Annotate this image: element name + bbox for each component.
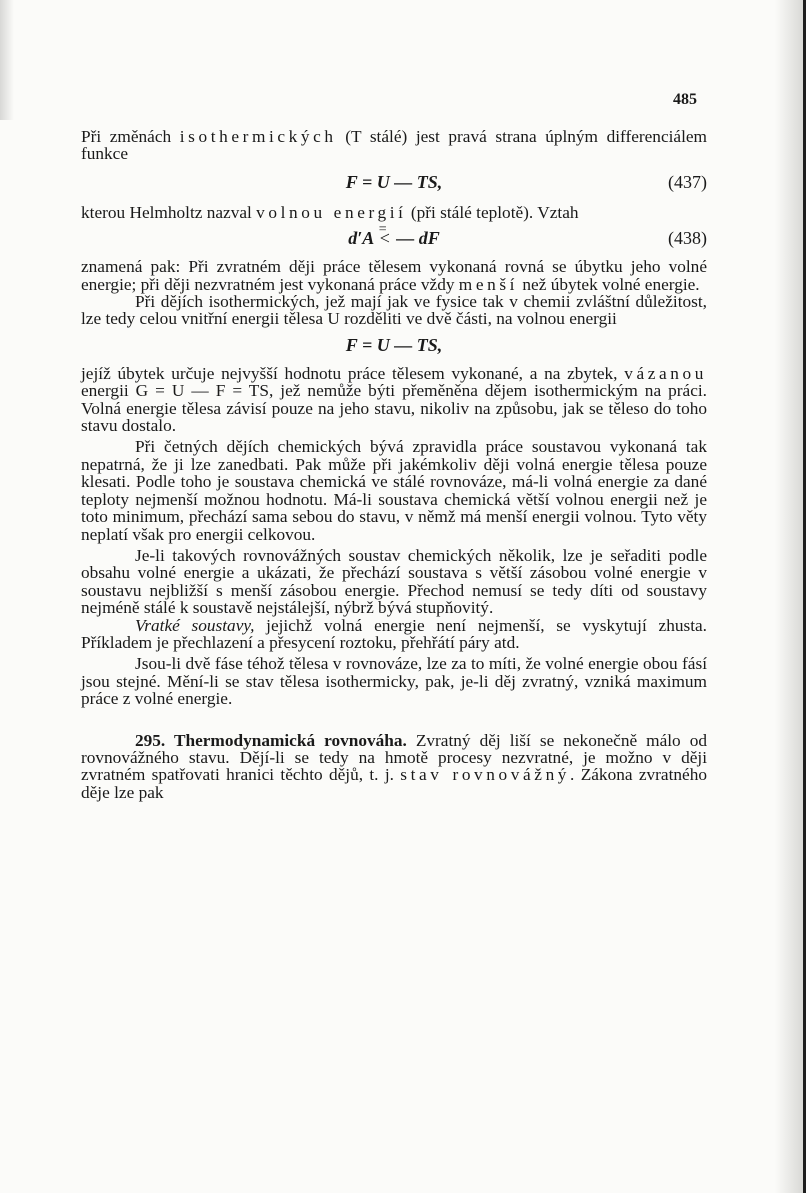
text-run: energii G = U — F = TS, jež nemůže býti … — [81, 381, 707, 435]
text-run: jejíž úbytek určuje nejvyšší hodnotu prá… — [81, 364, 624, 383]
equation-expression: d′A =< — dF — [348, 230, 440, 247]
paragraph-1: Při změnách isothermických (T stálé) jes… — [81, 128, 707, 163]
equation-number: (438) — [668, 230, 707, 247]
spaced-text: stav rovnovážný — [400, 765, 570, 784]
equation-expression: F = U — TS, — [346, 174, 442, 191]
text-run: než úbytek volné energie. — [518, 275, 700, 294]
equation-number: (437) — [668, 174, 707, 191]
equation-437: F = U — TS, (437) — [81, 174, 707, 198]
italic-term: Vratké soustavy, — [135, 616, 254, 635]
paragraph-5: jejíž úbytek určuje nejvyšší hodnotu prá… — [81, 365, 707, 435]
spaced-text: volnou energií — [256, 203, 406, 222]
spaced-text: vázanou — [624, 364, 707, 383]
equation-left: d′A — [348, 228, 373, 248]
text-run: kterou Helmholtz nazval — [81, 203, 256, 222]
spaced-text: menší — [459, 275, 518, 294]
paragraph-4: Při dějích isothermických, jež mají jak … — [81, 293, 707, 328]
text-run: Při změnách — [81, 127, 180, 146]
page-body: Při změnách isothermických (T stálé) jes… — [81, 90, 707, 801]
less-or-equal-symbol: =< — [378, 230, 392, 247]
paragraph-2: kterou Helmholtz nazval volnou energií (… — [81, 204, 707, 221]
page-shadow-right — [775, 0, 803, 1193]
paragraph-9: Jsou-li dvě fáse téhož tělesa v rovnováz… — [81, 655, 707, 707]
section-heading: 295. Thermodynamická rovnováha. — [135, 731, 407, 750]
paragraph-7: Je-li takových rovnovážných soustav chem… — [81, 547, 707, 617]
equation-free-energy: F = U — TS, — [81, 337, 707, 361]
page-shadow-left — [0, 0, 14, 120]
text-run: (při stálé teplotě). Vztah — [407, 203, 579, 222]
paragraph-section-295: 295. Thermodynamická rovnováha. Zvratný … — [81, 732, 707, 802]
paragraph-8: Vratké soustavy, jejichž volná energie n… — [81, 617, 707, 652]
spaced-text: isothermických — [180, 127, 337, 146]
paragraph-3: znamená pak: Při zvratném ději práce těl… — [81, 258, 707, 293]
equation-438: d′A =< — dF (438) — [81, 230, 707, 254]
paragraph-6: Při četných dějích chemických bývá zprav… — [81, 438, 707, 542]
equation-right: — dF — [396, 228, 440, 248]
equation-expression: F = U — TS, — [346, 337, 442, 354]
